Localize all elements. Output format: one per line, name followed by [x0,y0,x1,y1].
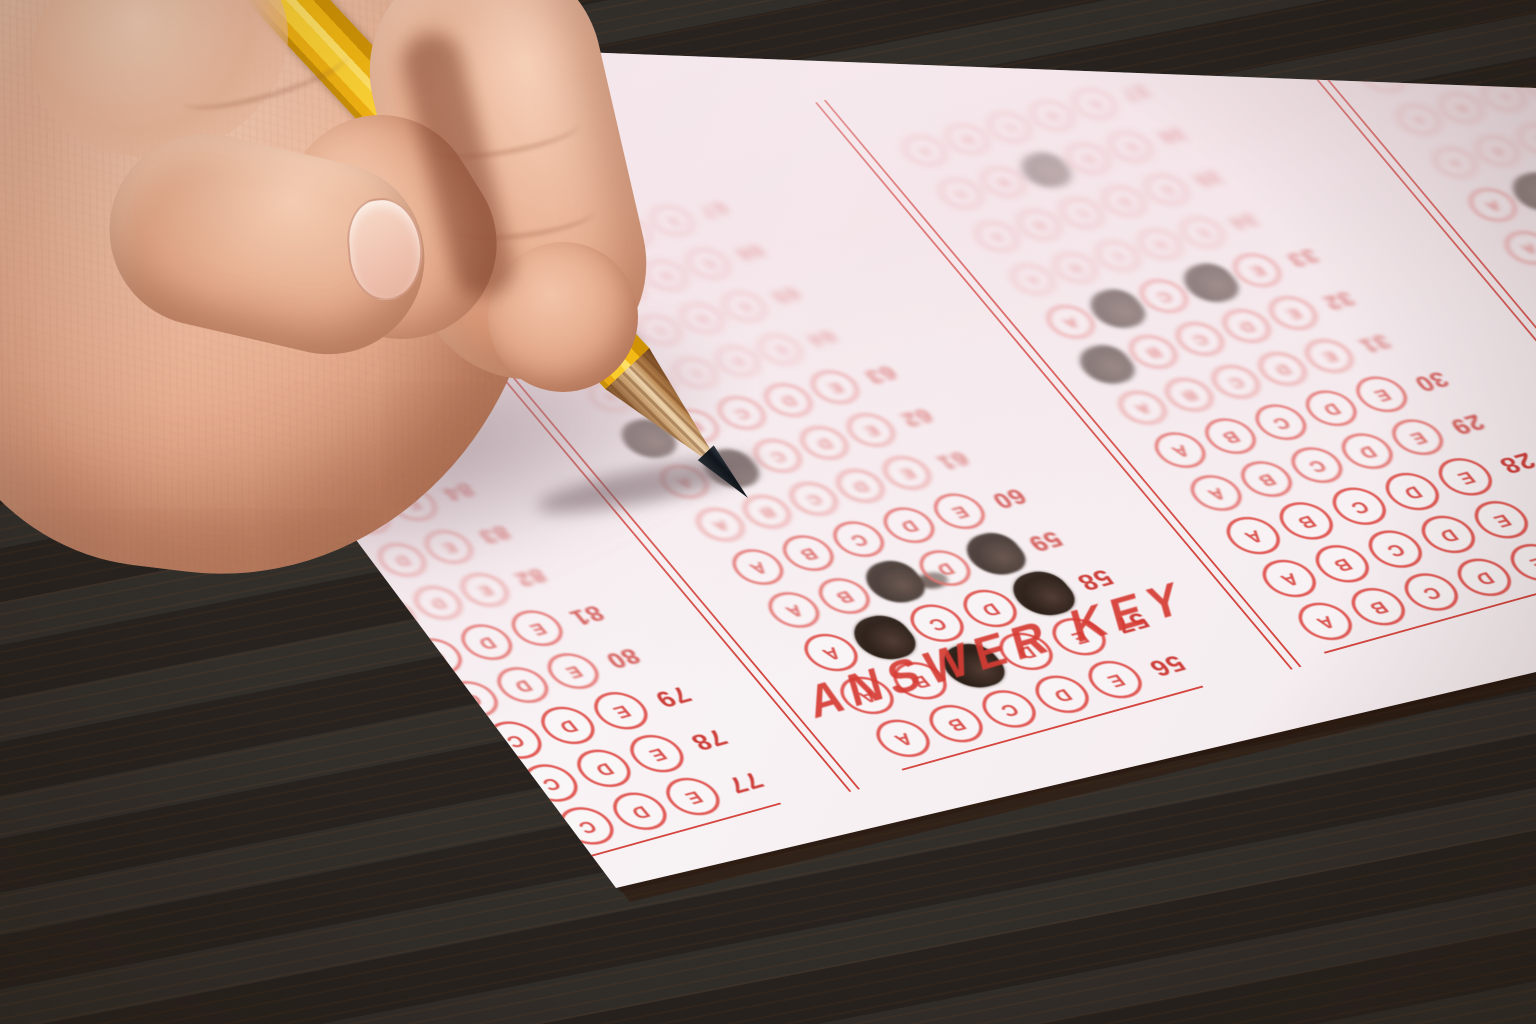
photo-scene: ABCDE88ABCDE87ABCDE86ABCDE85ABCDE84ABCDE… [0,0,1536,1024]
